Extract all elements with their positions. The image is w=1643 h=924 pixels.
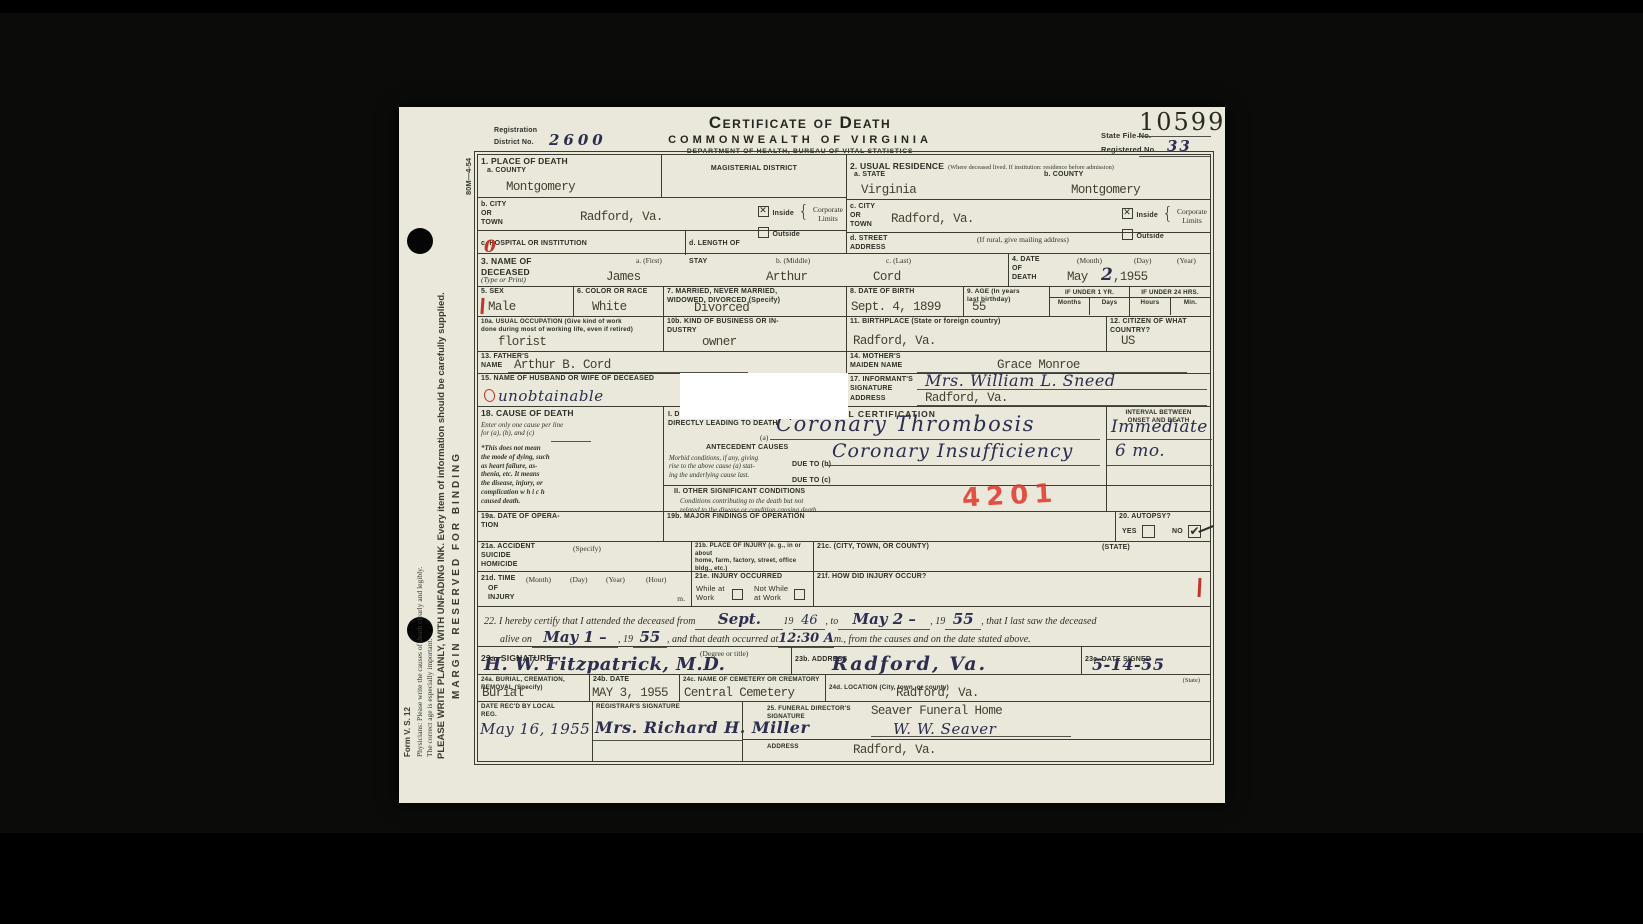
- margin-reserved-binding: MARGIN RESERVED FOR BINDING: [451, 275, 462, 699]
- field-sex: 5. SEX Male: [478, 287, 573, 316]
- color-race-value: White: [592, 300, 627, 314]
- row-parents: 13. FATHER'S NAME Arthur B. Cord 14. MOT…: [478, 351, 1210, 373]
- certify-p3: , to: [825, 616, 838, 627]
- autopsy-no-label: NO: [1172, 528, 1183, 537]
- field-how-injury: 21f. HOW DID INJURY OCCUR?: [813, 572, 1210, 606]
- residence-corporate-brace: {: [1162, 204, 1173, 224]
- title-block: Certificate of Death COMMONWEALTH OF VIR…: [580, 113, 1020, 155]
- antecedent-label: ANTECEDENT CAUSES: [706, 444, 788, 453]
- registered-no-value: 33: [1167, 137, 1192, 155]
- field-mother-name: 14. MOTHER'S MAIDEN NAME Grace Monroe: [846, 352, 1210, 373]
- informant-address-label: ADDRESS: [850, 395, 886, 404]
- color-race-label: 6. COLOR OR RACE: [577, 288, 660, 297]
- cause-note1: Enter only one cause per line for (a), (…: [481, 421, 660, 439]
- field-father-name: 13. FATHER'S NAME Arthur B. Cord: [478, 352, 846, 373]
- min-label: Min.: [1171, 298, 1210, 315]
- time-of-injury-label: 21d. TIME: [481, 575, 515, 584]
- field-under-1yr: IF UNDER 1 YR. Months Days: [1049, 287, 1129, 316]
- middle-name-label: b. (Middle): [776, 256, 810, 265]
- mother-label: 14. MOTHER'S MAIDEN NAME: [850, 353, 902, 371]
- cause-a-label: (a): [760, 433, 768, 442]
- margin-print-code: 80M—4-54: [464, 133, 473, 195]
- sex-value: Male: [488, 300, 516, 314]
- last-name-value: Cord: [873, 270, 901, 284]
- death-certificate-paper: Form V. S. 12 Physicians: Please write t…: [399, 107, 1225, 803]
- while-at-work-label: While at Work: [696, 584, 725, 603]
- citizen-label: 12. CITIZEN OF WHAT COUNTRY?: [1110, 318, 1207, 336]
- field-registrar-signature: REGISTRAR'S SIGNATURE Mrs. Richard H. Mi…: [592, 702, 742, 761]
- residence-corporate-limits: Corporate Limits: [1177, 207, 1207, 225]
- while-at-work-checkbox: [732, 589, 743, 600]
- row-burial: 24a. BURIAL, CREMATION, REMOVAL (Specify…: [478, 674, 1210, 701]
- injury-state-label: (STATE): [1102, 544, 1130, 553]
- county-label: a. COUNTY: [487, 167, 658, 176]
- hospital-label: c. HOSPITAL OR INSTITUTION: [481, 240, 587, 247]
- cemetery-label: 24c. NAME OF CEMETERY OR CREMATORY: [683, 676, 822, 684]
- days-label: Days: [1090, 298, 1129, 315]
- field-time-of-injury: 21d. TIME (Month) (Day) (Year) (Hour) OF…: [478, 572, 691, 606]
- field-date-received: DATE REC'D BY LOCAL REG. May 16, 1955: [478, 702, 592, 761]
- field-cemetery: 24c. NAME OF CEMETERY OR CREMATORY Centr…: [679, 675, 825, 701]
- cemetery-state-label: (State): [1183, 677, 1200, 685]
- certify-time-value: 12:30 A: [778, 631, 834, 646]
- injury-occurred-label: 21e. INJURY OCCURRED: [695, 573, 810, 582]
- inside-checkbox: ✕: [758, 206, 769, 217]
- injury-day-label: (Day): [570, 575, 588, 584]
- injury-red-tick: [1197, 578, 1200, 597]
- certify-p1: 22. I hereby certify that I attended the…: [484, 616, 695, 627]
- injury-month-label: (Month): [526, 575, 551, 584]
- dob-label: 8. DATE OF BIRTH: [850, 288, 960, 297]
- certify-to-value: May 2 –: [852, 610, 915, 628]
- informant-signature: Mrs. William L. Sneed: [925, 371, 1116, 390]
- field-marital-status: 7. MARRIED, NEVER MARRIED, WIDOWED, DIVO…: [663, 287, 846, 316]
- informant-label: 17. INFORMANT'S SIGNATURE: [850, 376, 913, 394]
- mother-value: Grace Monroe: [997, 358, 1080, 372]
- months-label: Months: [1050, 298, 1090, 315]
- date-received-value: May 16, 1955: [480, 720, 590, 738]
- business-value: owner: [702, 335, 737, 349]
- cause-note2: *This does not mean the mode of dying, s…: [481, 444, 660, 505]
- place-of-injury-label: 21b. PLACE OF INJURY (e. g., in or about…: [695, 543, 810, 573]
- field-funeral-director: 25. FUNERAL DIRECTOR'S SIGNATURE Seaver …: [742, 702, 1210, 761]
- funeral-address-value: Radford, Va.: [853, 743, 936, 757]
- date-signed-value: 5-14-55: [1092, 655, 1164, 674]
- certify-line-1: 22. I hereby certify that I attended the…: [484, 610, 1208, 630]
- sex-red-tick: [480, 298, 484, 314]
- field-birthplace: 11. BIRTHPLACE (State or foreign country…: [846, 317, 1106, 351]
- field-burial: 24a. BURIAL, CREMATION, REMOVAL (Specify…: [478, 675, 589, 701]
- row-operation: 19a. DATE OF OPERA- TION 19b. MAJOR FIND…: [478, 511, 1210, 541]
- street-address-note: (If rural, give mailing address): [977, 235, 1069, 244]
- cause-b-value: Coronary Insufficiency: [832, 440, 1073, 462]
- field-medical-certification: MEDICAL CERTIFICATION I. DISEASE OR COND…: [663, 407, 1106, 511]
- physician-signature-value: H. W. Fitzpatrick, M.D.: [484, 654, 725, 675]
- spouse-value: unobtainable: [498, 387, 604, 405]
- red-stamp-4201: 4201: [961, 478, 1059, 513]
- row-physician-signature: 23a. SIGNATURE (Degree or title) H. W. F…: [478, 646, 1210, 674]
- birthplace-label: 11. BIRTHPLACE (State or foreign country…: [850, 318, 1103, 327]
- certify-from-year: 46: [801, 613, 818, 628]
- funeral-home-value: Seaver Funeral Home: [871, 704, 1002, 718]
- row-place-residence: 1. PLACE OF DEATH a. COUNTY Montgomery M…: [478, 155, 1210, 253]
- field-physician-address: 23b. ADDRESS Radford, Va.: [791, 647, 1081, 674]
- residence-city-label: c. CITY OR TOWN: [850, 203, 875, 229]
- field-date-of-birth: 8. DATE OF BIRTH Sept. 4, 1899: [846, 287, 963, 316]
- redaction-box: [680, 373, 848, 419]
- certify-p5: , that I last saw the deceased: [981, 616, 1096, 627]
- commonwealth-subtitle: COMMONWEALTH OF VIRGINIA: [580, 134, 1020, 146]
- row-name-date: 3. NAME OF DECEASED (Type or Print) a. (…: [478, 253, 1210, 286]
- certify-p2: 19: [783, 616, 793, 627]
- row-cause-of-death: 18. CAUSE OF DEATH Enter only one cause …: [478, 406, 1210, 511]
- city-label: b. CITY OR TOWN: [481, 201, 507, 227]
- hours-label: Hours: [1130, 298, 1171, 315]
- cemetery-location-value: Radford, Va.: [896, 686, 979, 700]
- margin-write-plainly: PLEASE WRITE PLAINLY, WITH UNFADING INK.…: [436, 159, 447, 759]
- registration-label: Registration: [494, 127, 537, 136]
- district-no-label: District No.: [494, 139, 534, 148]
- physician-address-value: Radford, Va.: [832, 653, 987, 675]
- accident-specify-label: (Specify): [573, 544, 601, 553]
- name-note: (Type or Print): [481, 275, 526, 284]
- autopsy-label: 20. AUTOPSY?: [1119, 513, 1207, 522]
- injury-m-label: m.: [677, 594, 685, 603]
- corporate-limits-label: Corporate Limits: [813, 205, 843, 223]
- cause-label: 18. CAUSE OF DEATH: [481, 408, 660, 419]
- under-1yr-label: IF UNDER 1 YR.: [1050, 287, 1129, 297]
- cemetery-value: Central Cemetery: [684, 686, 794, 700]
- certify-from-value: Sept.: [718, 610, 761, 628]
- injury-hour-label: (Hour): [646, 575, 666, 584]
- due-to-b-label: DUE TO (b): [792, 461, 831, 470]
- under-24hrs-label: IF UNDER 24 HRS.: [1130, 287, 1210, 297]
- injury-year-label: (Year): [606, 575, 625, 584]
- margin-age-note: The correct age is especially important.: [425, 257, 434, 757]
- field-burial-date: 24b. DATE MAY 3, 1955: [589, 675, 679, 701]
- interval-a-value: Immediate: [1111, 417, 1208, 437]
- spouse-red-mark: [483, 388, 496, 403]
- certify-p8: , and that death occurred at: [667, 634, 778, 645]
- certify-alive-year: 55: [640, 628, 661, 646]
- certify-line-2: alive onMay 1 –, 1955, and that death oc…: [500, 628, 1208, 648]
- field-autopsy: 20. AUTOPSY? YES NO ✔: [1115, 512, 1210, 541]
- certify-alive-value: May 1 –: [543, 628, 606, 646]
- inside-label: Inside: [773, 210, 794, 217]
- registered-no-label: Registered No.: [1101, 145, 1157, 154]
- certify-p9: m., from the causes and on the date stat…: [834, 634, 1031, 645]
- not-while-checkbox: [794, 589, 805, 600]
- certify-p4: , 19: [930, 616, 945, 627]
- field-under-24hrs: IF UNDER 24 HRS. Hours Min.: [1129, 287, 1210, 316]
- field-name-of-deceased: 3. NAME OF DECEASED (Type or Print) a. (…: [478, 254, 1008, 286]
- row-certify-statement: 22. I hereby certify that I attended the…: [478, 606, 1210, 646]
- other-conditions-label: II. OTHER SIGNIFICANT CONDITIONS: [674, 488, 805, 497]
- margin-physicians-note: Physicians: Please write the causes of d…: [415, 257, 424, 757]
- field-physician-signature: 23a. SIGNATURE (Degree or title) H. W. F…: [478, 647, 791, 674]
- dob-value: Sept. 4, 1899: [851, 300, 941, 314]
- injury-city-label: 21c. (CITY, TOWN, OR COUNTY): [817, 543, 1207, 552]
- field-interval: INTERVAL BETWEEN ONSET AND DEATH Immedia…: [1106, 407, 1210, 511]
- certificate-title: Certificate of Death: [580, 113, 1020, 133]
- corporate-brace: {: [798, 202, 809, 222]
- informant-addr-line: [917, 405, 1207, 406]
- residence-county-value: Montgomery: [1071, 183, 1140, 197]
- death-day-label: (Day): [1134, 256, 1152, 265]
- residence-city-value: Radford, Va.: [891, 212, 974, 226]
- residence-inside-checkbox: ✕: [1122, 208, 1133, 219]
- field-place-of-injury: 21b. PLACE OF INJURY (e. g., in or about…: [691, 542, 813, 571]
- street-address-label: d. STREET ADDRESS: [850, 235, 888, 253]
- middle-name-value: Arthur: [766, 270, 807, 284]
- marital-value: Divorced: [694, 301, 749, 315]
- autopsy-yes-checkbox: [1142, 525, 1155, 538]
- field-age: 9. AGE (In years last birthday) 55: [963, 287, 1049, 316]
- field-place-of-death: 1. PLACE OF DEATH a. COUNTY Montgomery M…: [478, 155, 846, 253]
- field-cause-sidebar: 18. CAUSE OF DEATH Enter only one cause …: [478, 407, 663, 511]
- row-occupation: 10a. USUAL OCCUPATION (Give kind of work…: [478, 316, 1210, 351]
- last-name-label: c. (Last): [886, 256, 911, 265]
- death-year-label: (Year): [1177, 256, 1196, 265]
- field-accident-suicide: 21a. ACCIDENT SUICIDE HOMICIDE (Specify): [478, 542, 691, 571]
- row-sex-race: 5. SEX Male 6. COLOR OR RACE White 7. MA…: [478, 286, 1210, 316]
- funeral-sig-line: [871, 736, 1071, 737]
- field-major-findings: 19b. MAJOR FINDINGS OF OPERATION: [663, 512, 1115, 541]
- residence-county-label: b. COUNTY: [1044, 171, 1207, 180]
- death-year-value: ,1955: [1113, 270, 1148, 284]
- residence-state-value: Virginia: [861, 183, 916, 197]
- autopsy-yes-label: YES: [1122, 528, 1137, 537]
- burial-date-label: 24b. DATE: [593, 676, 676, 685]
- cause-b-line: [828, 465, 1100, 466]
- field-injury-occurred: 21e. INJURY OCCURRED While at Work Not W…: [691, 572, 813, 606]
- date-of-death-label: 4. DATE OF DEATH: [1012, 256, 1040, 282]
- state-file-number: 10599: [1139, 108, 1225, 136]
- hole-punch-top: [407, 228, 433, 254]
- father-value: Arthur B. Cord: [514, 358, 611, 372]
- city-value: Radford, Va.: [580, 210, 663, 224]
- occupation-value: florist: [498, 335, 546, 349]
- informant-sig-line: [917, 389, 1207, 390]
- field-business: 10b. KIND OF BUSINESS OR IN- DUSTRY owne…: [663, 317, 846, 351]
- first-name-label: a. (First): [636, 256, 662, 265]
- birthplace-value: Radford, Va.: [853, 334, 936, 348]
- residence-inside-label: Inside: [1137, 212, 1158, 219]
- margin-form-number: Form V. S. 12: [403, 645, 412, 757]
- death-day-value: 2: [1101, 265, 1113, 285]
- magisterial-district-label: MAGISTERIAL DISTRICT: [711, 165, 797, 172]
- interval-b-value: 6 mo.: [1115, 441, 1165, 461]
- place-of-death-title: 1. PLACE OF DEATH: [481, 156, 658, 167]
- field-occupation: 10a. USUAL OCCUPATION (Give kind of work…: [478, 317, 663, 351]
- morbid-note: Morbid conditions, if any, giving rise t…: [669, 455, 758, 480]
- interval-line3: [1107, 485, 1212, 486]
- informant-address-value: Radford, Va.: [925, 391, 1008, 405]
- occupation-label: 10a. USUAL OCCUPATION (Give kind of work…: [481, 318, 660, 334]
- row-injury-1: 21a. ACCIDENT SUICIDE HOMICIDE (Specify)…: [478, 541, 1210, 571]
- of-injury-label: OF INJURY: [488, 585, 515, 603]
- field-cemetery-location: 24d. LOCATION (City, town, or county) (S…: [825, 675, 1210, 701]
- certify-to-year: 55: [953, 610, 974, 628]
- date-of-operation-label: 19a. DATE OF OPERA- TION: [481, 513, 660, 531]
- business-label: 10b. KIND OF BUSINESS OR IN- DUSTRY: [667, 318, 843, 336]
- residence-state-label: a. STATE: [854, 171, 1008, 180]
- field-date-of-death: 4. DATE OF DEATH (Month) (Day) (Year) Ma…: [1008, 254, 1210, 286]
- citizen-value: US: [1121, 334, 1135, 348]
- field-citizen: 12. CITIZEN OF WHAT COUNTRY? US: [1106, 317, 1210, 351]
- field-injury-city: 21c. (CITY, TOWN, OR COUNTY) (STATE): [813, 542, 1210, 571]
- registrar-line: [593, 740, 743, 741]
- death-month-label: (Month): [1077, 256, 1102, 265]
- funeral-director-label: 25. FUNERAL DIRECTOR'S SIGNATURE: [767, 705, 851, 721]
- first-name-value: James: [606, 270, 641, 284]
- burial-date-value: MAY 3, 1955: [592, 686, 668, 700]
- field-usual-residence: 2. USUAL RESIDENCE (Where deceased lived…: [846, 155, 1210, 253]
- interval-line2: [1107, 465, 1212, 466]
- row-injury-2: 21d. TIME (Month) (Day) (Year) (Hour) OF…: [478, 571, 1210, 606]
- certificate-form: 1. PLACE OF DEATH a. COUNTY Montgomery M…: [477, 154, 1211, 762]
- field-date-of-operation: 19a. DATE OF OPERA- TION: [478, 512, 663, 541]
- sex-label: 5. SEX: [481, 288, 570, 297]
- date-received-label: DATE REC'D BY LOCAL REG.: [481, 703, 589, 719]
- certify-p6: alive on: [500, 634, 532, 645]
- row-registrar: DATE REC'D BY LOCAL REG. May 16, 1955 RE…: [478, 701, 1210, 761]
- age-value: 55: [972, 300, 986, 314]
- burial-value: Burial: [482, 686, 523, 700]
- not-while-at-work-label: Not While at Work: [754, 584, 788, 603]
- death-month-value: May: [1067, 270, 1088, 284]
- certify-p7: , 19: [618, 634, 633, 645]
- registrar-label: REGISTRAR'S SIGNATURE: [596, 703, 739, 711]
- field-color-race: 6. COLOR OR RACE White: [573, 287, 663, 316]
- cause-divider: [551, 441, 591, 442]
- funeral-address-label: ADDRESS: [767, 743, 799, 751]
- how-injury-label: 21f. HOW DID INJURY OCCUR?: [817, 573, 1207, 582]
- field-informant: 17. INFORMANT'S SIGNATURE Mrs. William L…: [846, 374, 1210, 406]
- field-date-signed: 23c. DATE SIGNED 5-14-55: [1081, 647, 1210, 674]
- interval-line1: [1107, 439, 1212, 440]
- county-value: Montgomery: [506, 180, 575, 194]
- major-findings-label: 19b. MAJOR FINDINGS OF OPERATION: [667, 513, 1112, 522]
